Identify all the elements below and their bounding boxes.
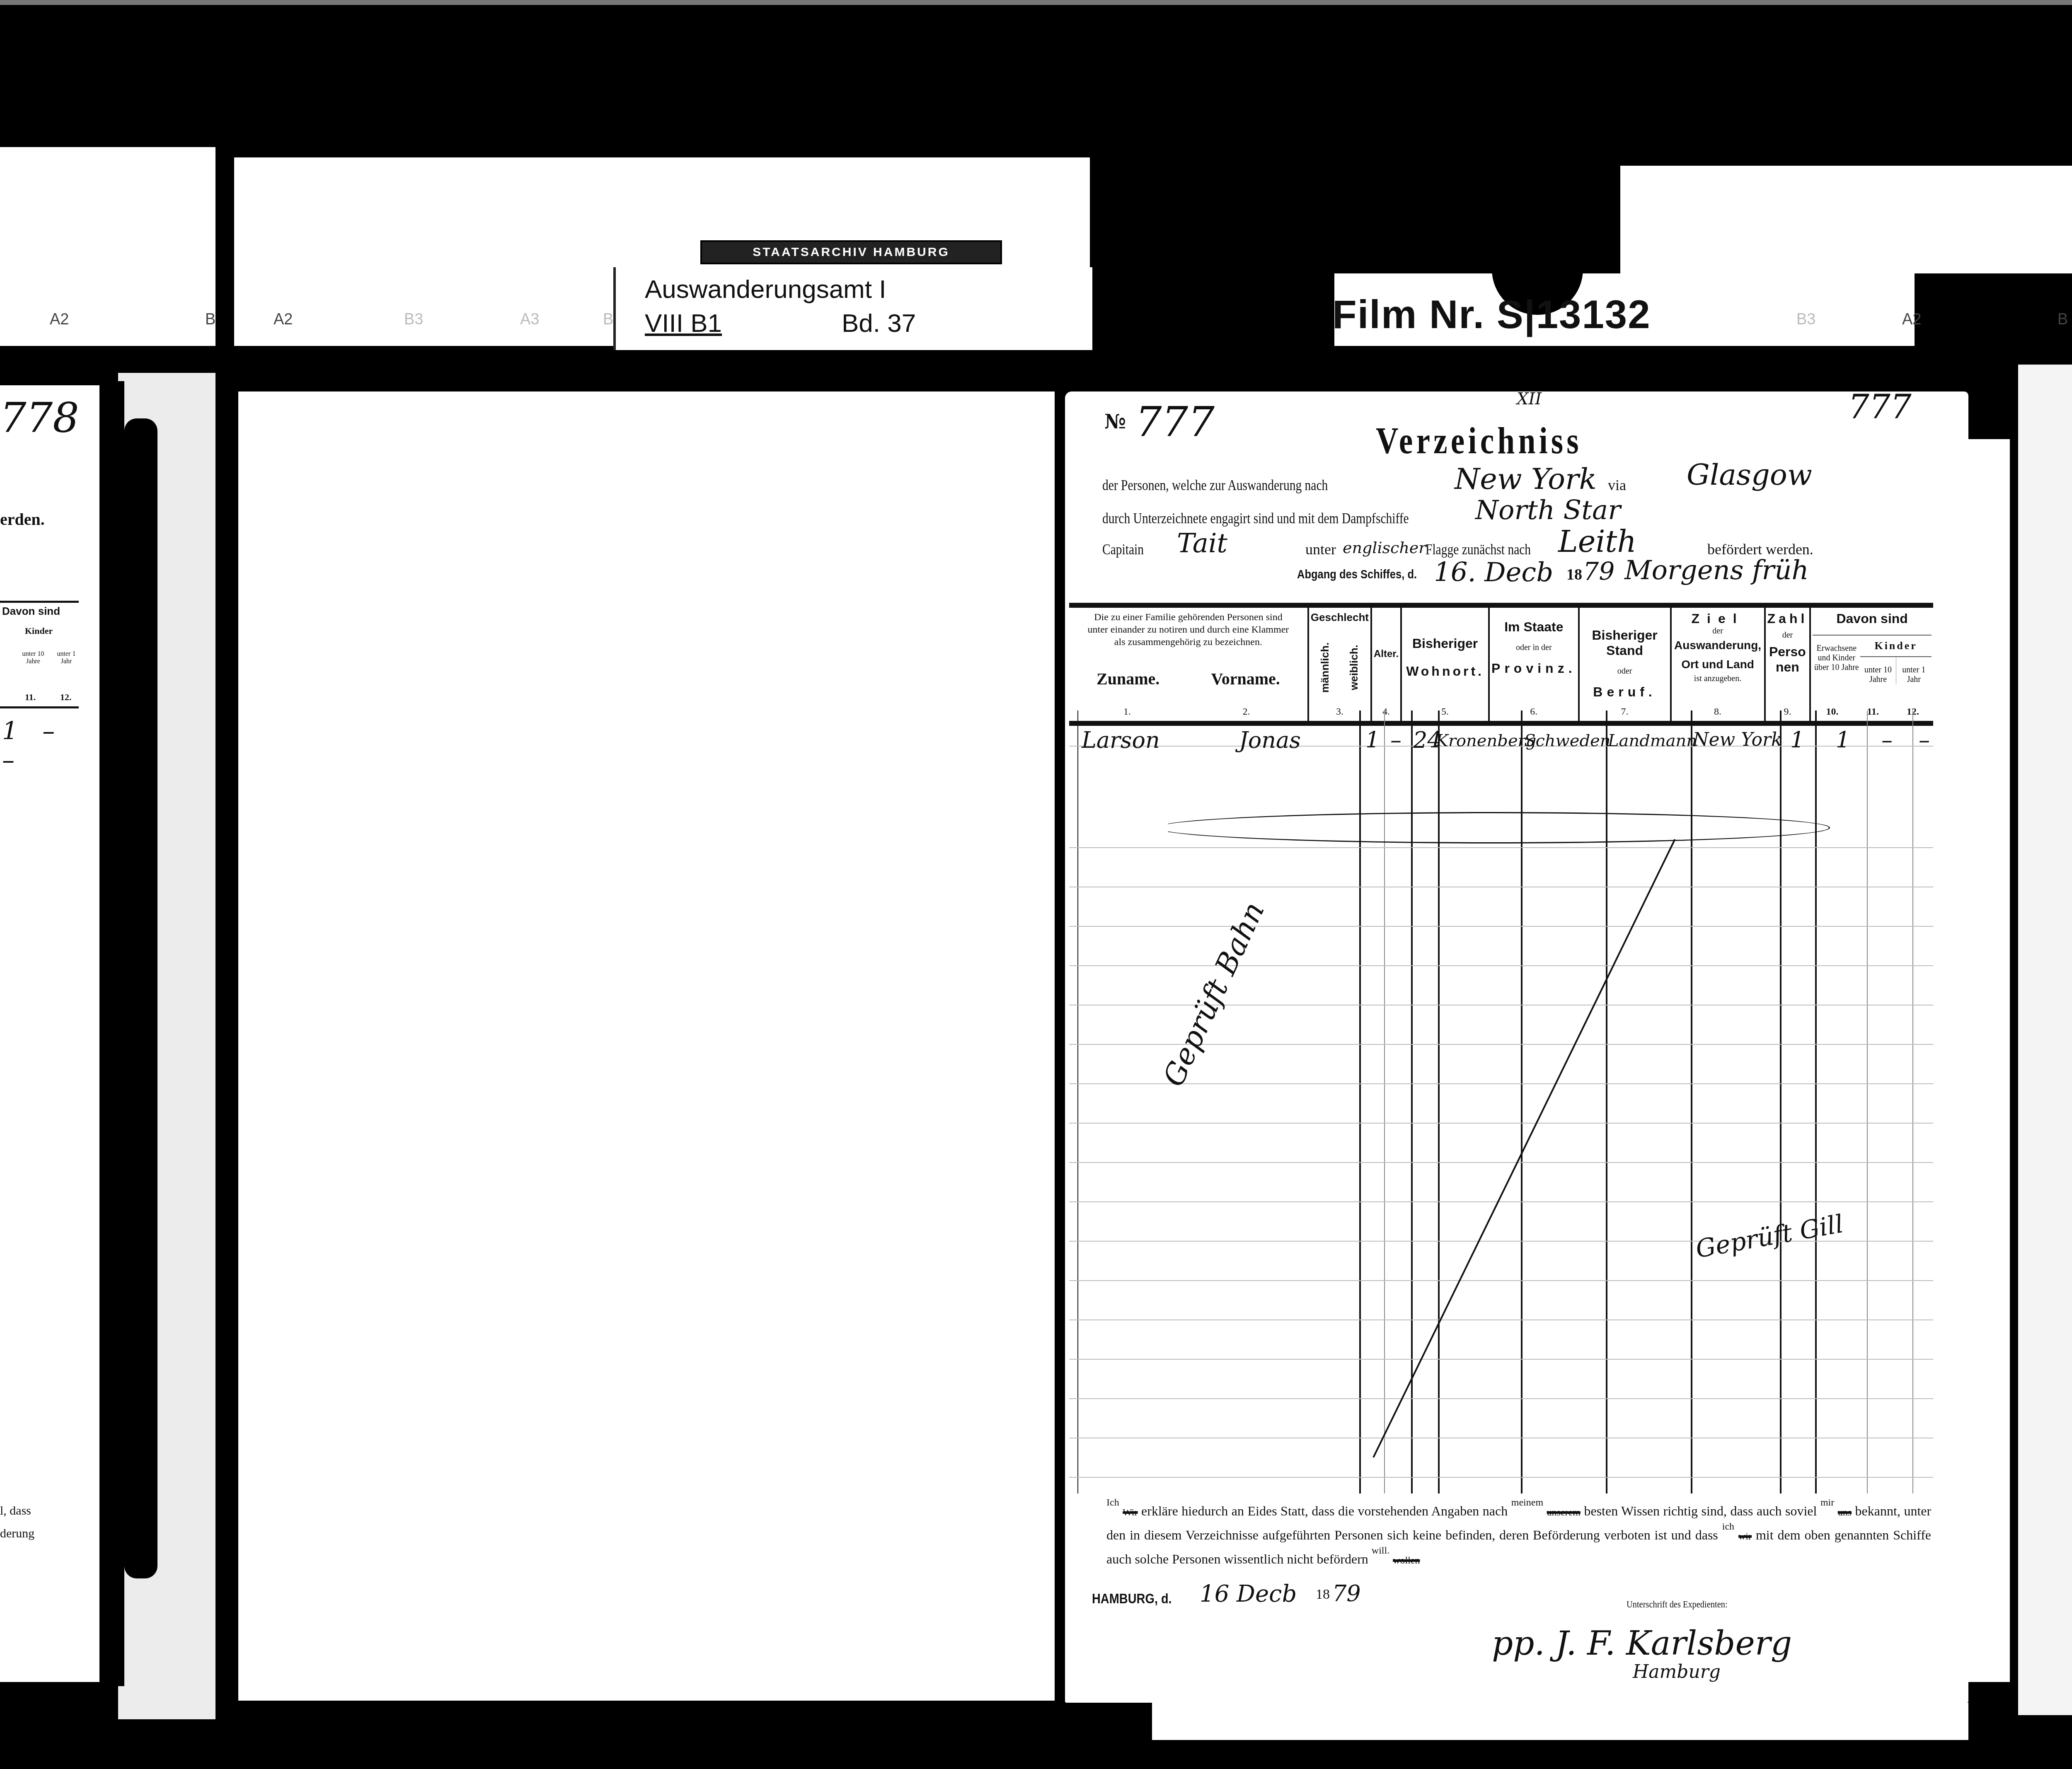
right-partial-page: [1952, 439, 2010, 1682]
ruler-mark: B3: [1796, 311, 1815, 329]
expedient-signature: pp. J. F. Karlsberg: [1492, 1624, 1792, 1663]
intro-line-2: durch Unterzeichnete engagirt sind und m…: [1102, 510, 1409, 527]
flag-suffix: Flagge zunächst nach: [1426, 541, 1531, 558]
left-table-rule: [0, 601, 79, 603]
col-num: 5.: [1401, 703, 1489, 723]
left-table-group: Davon sind: [2, 605, 60, 618]
intro-line-1: der Personen, welche zur Auswanderung na…: [1102, 476, 1328, 494]
ruler-mark: A3: [520, 311, 539, 329]
col-destination-small2: ist anzugeben.: [1673, 674, 1762, 684]
decl-unserem: unserem: [1547, 1507, 1581, 1518]
ruled-line: [1069, 1319, 1933, 1320]
left-footer-text: derung: [0, 1527, 34, 1541]
col-province-label: Im Staate: [1491, 619, 1576, 635]
col-num: 9.: [1765, 703, 1811, 723]
col-male: männlich.: [1319, 636, 1331, 698]
col-occupation: Bisheriger Stand oder Beruf.: [1579, 605, 1671, 703]
cell-vorname: Jonas: [1239, 727, 1301, 753]
ruler-mark: A2: [1902, 311, 1921, 329]
left-footer-text: l, dass: [0, 1504, 31, 1518]
captain-label: Capitain: [1102, 541, 1144, 558]
left-table-col12: unter 1 Jahr: [54, 650, 79, 665]
register-number: 777: [1135, 398, 1215, 446]
signing-date: 16 Decb: [1200, 1580, 1297, 1607]
family-note: Die zu einer Familie gehörenden Personen…: [1071, 611, 1306, 648]
decl-p2: besten Wissen richtig sind, dass auch so…: [1584, 1503, 1817, 1518]
col-num: 7.: [1579, 703, 1671, 723]
col-age: Alter.: [1371, 605, 1401, 703]
signing-year-prefix: 18: [1316, 1587, 1330, 1602]
film-number: Film Nr. S|13132: [1332, 292, 1651, 338]
decl-ich: Ich: [1106, 1497, 1119, 1508]
left-page-binding: [124, 418, 157, 1578]
col-age-label: Alter.: [1374, 648, 1399, 660]
decl-wollen: wollen: [1393, 1555, 1420, 1566]
place-label: HAMBURG, d.: [1092, 1591, 1172, 1607]
col-residence: Bisheriger Wohnort.: [1401, 605, 1489, 703]
col-num: 4.: [1371, 703, 1401, 723]
ruler-mark: B: [2057, 311, 2068, 329]
cell-under1: –: [1919, 727, 1930, 753]
page-gutter: [1055, 385, 1065, 1703]
decl-will: will.: [1372, 1545, 1389, 1556]
col-num: 3.: [1308, 703, 1371, 723]
col-adults: Erwachsene und Kinder über 10 Jahre: [1813, 636, 1860, 684]
col-destination-label2: Auswanderung, Ort und Land: [1673, 636, 1762, 674]
departure-date: 16. Decb: [1434, 557, 1553, 588]
col-count-label: Zahl: [1767, 611, 1808, 626]
number-prefix: №: [1104, 410, 1126, 433]
col-female: weiblich.: [1348, 636, 1360, 698]
cell-count: 1: [1790, 727, 1804, 753]
film-divider: [215, 141, 234, 1769]
left-page-text: erden.: [0, 510, 45, 529]
cell-female: –: [1390, 727, 1402, 753]
decl-ich2: ich: [1722, 1521, 1734, 1532]
ship-name: North Star: [1475, 495, 1621, 526]
signing-year-suffix: 79: [1332, 1580, 1361, 1607]
col-under1: unter 1 Jahr: [1896, 657, 1932, 684]
left-page-number: 778: [0, 394, 79, 442]
flag-nationality: englischer: [1343, 539, 1426, 557]
ruled-line: [1069, 1083, 1933, 1084]
cell-male: 1: [1365, 727, 1380, 753]
col-occupation-small: oder: [1581, 667, 1668, 676]
column-line: [1077, 710, 1078, 1493]
left-table-col11: unter 10 Jahre: [19, 650, 48, 665]
ruled-line: [1069, 1398, 1933, 1399]
cell-adults: 1: [1836, 727, 1850, 753]
left-entry-marks: 1 – –: [2, 717, 99, 775]
collection-label-box: Auswanderungsamt I VIII B1 Bd. 37: [613, 267, 1092, 350]
col-province: Im Staate oder in der Provinz.: [1489, 605, 1578, 703]
decl-wir: Wir: [1123, 1507, 1138, 1518]
ruled-line: [1069, 1280, 1933, 1281]
ruled-line: [1069, 965, 1933, 966]
departure-year-prefix: 18: [1566, 565, 1582, 584]
col-zuname: Zuname.: [1097, 669, 1159, 689]
declaration: Ich Wir erkläre hiedurch an Eides Statt,…: [1106, 1500, 1931, 1572]
col-count-small: der: [1767, 631, 1808, 640]
col-davon-label: Davon sind: [1813, 611, 1932, 626]
decl-uns: uns: [1838, 1507, 1852, 1518]
film-edge-top: [0, 0, 2072, 5]
closing-flourish: [1156, 812, 1830, 843]
col-count: Zahl der Personen: [1765, 605, 1811, 703]
departure-year-suffix: 79: [1583, 557, 1615, 586]
destination: New York: [1455, 462, 1597, 496]
ruled-line: [1069, 847, 1933, 848]
film-header-right-upper: [1620, 166, 2072, 273]
volume-label: Bd. 37: [842, 309, 916, 338]
left-page-spine: [99, 381, 124, 1686]
left-table-num: 11.: [25, 692, 36, 703]
cell-zuname: Larson: [1082, 727, 1160, 753]
col-num: 6.: [1489, 703, 1578, 723]
ruled-line: [1069, 887, 1933, 887]
ruler-mark: B: [603, 311, 613, 329]
family-note-header: Die zu einer Familie gehörenden Personen…: [1069, 605, 1308, 703]
col-province-label2: Provinz.: [1491, 661, 1576, 676]
col-residence-label2: Wohnort.: [1404, 664, 1486, 679]
film-header-left: [0, 147, 215, 346]
signature-label: Unterschrift des Expedienten:: [1627, 1599, 1728, 1610]
ruled-line: [1069, 1162, 1933, 1163]
blank-page: [238, 391, 1055, 1701]
left-table-rule: [0, 706, 79, 708]
decl-p1: erkläre hiedurch an Eides Statt, dass di…: [1141, 1503, 1508, 1518]
expedient-signature-sub: Hamburg: [1633, 1661, 1721, 1682]
col-children-label: Kinder: [1860, 636, 1932, 657]
col-occupation-label2: Beruf.: [1581, 684, 1668, 700]
col-num: 2.: [1185, 703, 1308, 723]
decl-meinem: meinem: [1511, 1497, 1543, 1508]
ruled-line: [1069, 1359, 1933, 1360]
cell-under10: –: [1881, 727, 1893, 753]
corner-number: 777: [1848, 387, 1912, 426]
ruled-line: [1069, 926, 1933, 927]
unter-label: unter: [1305, 541, 1336, 558]
first-port: Leith: [1558, 524, 1636, 559]
col-destination: Ziel der Auswanderung, Ort und Land ist …: [1671, 605, 1765, 703]
page-bottom-edge: [1152, 1703, 1968, 1740]
col-num: 11.: [1854, 703, 1893, 723]
col-occupation-label: Bisheriger Stand: [1581, 628, 1668, 658]
top-annotation: XII: [1517, 389, 1542, 408]
col-under10: unter 10 Jahre: [1860, 657, 1895, 684]
departure-time: Morgens früh: [1624, 555, 1809, 586]
col-gender-label: Geschlecht: [1311, 611, 1369, 624]
col-num: 8.: [1671, 703, 1765, 723]
document-title: Verzeichniss: [1376, 418, 1582, 462]
via-label: via: [1608, 476, 1626, 494]
ruled-line: [1069, 1477, 1933, 1478]
col-destination-small: der: [1673, 626, 1762, 636]
cell-destination: New York: [1693, 729, 1782, 750]
col-group-davon: Davon sind Erwachsene und Kinder über 10…: [1810, 605, 1933, 703]
col-count-label2: Personen: [1767, 644, 1808, 675]
col-num: 1.: [1069, 703, 1185, 723]
intro-text: der Personen, welche zur Auswanderung na…: [1102, 477, 1328, 493]
left-partial-page: 778 erden. Davon sind Kinder unter 10 Ja…: [0, 385, 99, 1682]
col-destination-label: Ziel: [1673, 611, 1762, 626]
right-page-edge: [2018, 365, 2072, 1715]
col-gender: Geschlecht männlich. weiblich.: [1308, 605, 1371, 703]
ruler-mark: B: [205, 311, 215, 329]
left-table-subgroup: Kinder: [25, 626, 53, 636]
ruler-mark: A2: [50, 311, 69, 329]
col-residence-label: Bisheriger: [1404, 636, 1486, 651]
cell-occupation: Landmann: [1608, 731, 1697, 750]
column-line: [1912, 710, 1913, 1493]
ruler-mark: B3: [404, 311, 423, 329]
ruled-line: [1069, 1201, 1933, 1202]
departure-label: Abgang des Schiffes, d.: [1297, 568, 1417, 582]
captain-name: Tait: [1177, 528, 1227, 559]
ruled-line: [1069, 1123, 1933, 1124]
collection-label: Auswanderungsamt I: [645, 275, 886, 304]
col-province-small: oder in der: [1491, 643, 1576, 652]
register-table: Die zu einer Familie gehörenden Personen…: [1069, 603, 1933, 726]
ruler-mark: A2: [274, 311, 293, 329]
via-port: Glasgow: [1687, 458, 1812, 492]
column-line: [1867, 710, 1868, 1493]
collection-series: VIII B1: [645, 309, 722, 338]
cell-residence: Kronenberg: [1436, 731, 1536, 750]
decl-mir: mir: [1820, 1497, 1834, 1508]
ruled-line: [1069, 1438, 1933, 1438]
decl-wir2: wir: [1738, 1531, 1752, 1542]
cell-province: Schweden: [1524, 731, 1611, 750]
archive-stamp: STAATSARCHIV HAMBURG: [700, 240, 1002, 264]
col-vorname: Vorname.: [1211, 669, 1280, 689]
left-table-num: 12.: [60, 692, 72, 703]
